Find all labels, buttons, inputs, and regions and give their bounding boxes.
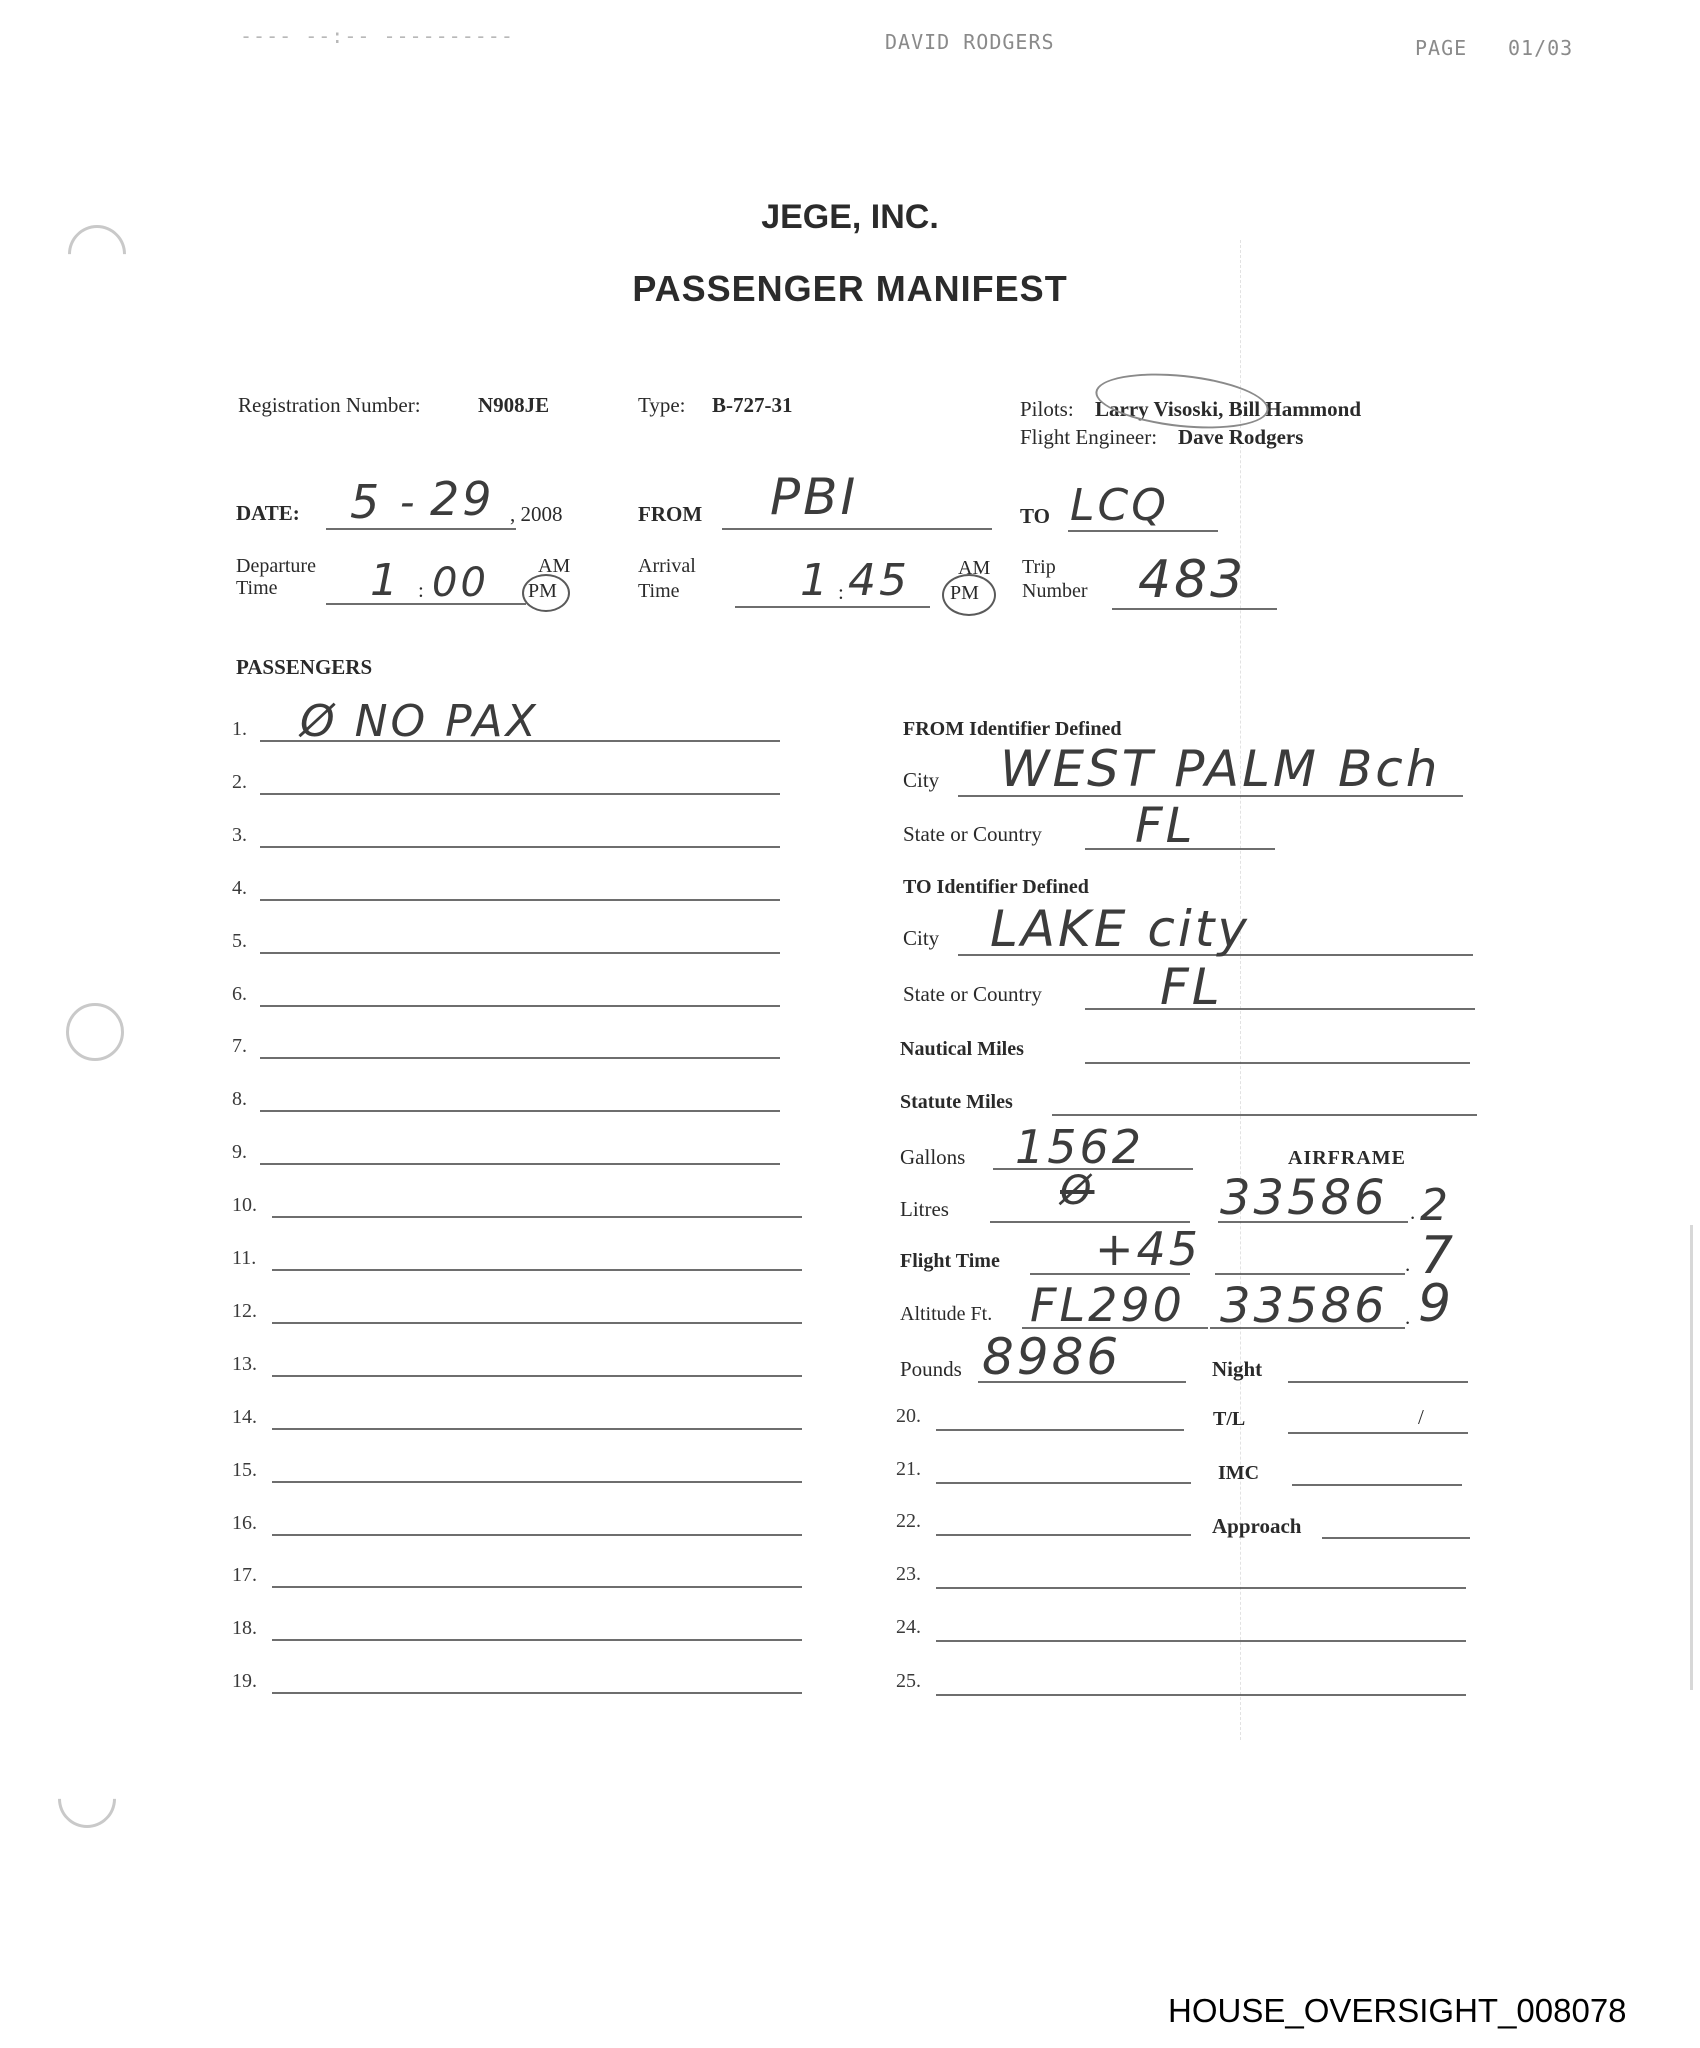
date-label: DATE: [236,501,300,526]
extra-row-field[interactable] [936,1482,1191,1484]
passenger-row-number: 13. [232,1353,257,1376]
pounds-label: Pounds [900,1357,962,1382]
nautical-miles-label: Nautical Miles [900,1038,1024,1061]
from-underline [722,528,992,530]
airframe-add-decimal: . [1405,1252,1410,1277]
to-city-value[interactable]: LAKE city [990,900,1250,958]
tl-underline [1288,1432,1468,1434]
hole-punch-bottom [46,1758,128,1840]
airframe-end-tenths[interactable]: 9 [1418,1274,1454,1334]
fax-header-timestamp: ---- --:-- ---------- [240,24,514,48]
passenger-row-number: 8. [232,1088,247,1111]
passenger-row-number: 14. [232,1406,257,1429]
extra-row-number: 25. [896,1670,921,1693]
date-year: , 2008 [510,502,563,527]
bates-number: HOUSE_OVERSIGHT_008078 [1168,1992,1627,2030]
passenger-row-number: 2. [232,771,247,794]
litres-value[interactable]: Ø [1060,1168,1094,1214]
tl-label: T/L [1213,1408,1245,1431]
fax-header-page-label: PAGE [1415,36,1467,60]
registration-value: N908JE [478,393,549,418]
passenger-name-field[interactable] [260,1110,780,1112]
passenger-name-field[interactable] [272,1216,802,1218]
passenger-name-field[interactable] [272,1428,802,1430]
passenger-row-number: 1. [232,718,247,741]
nautical-miles-underline[interactable] [1085,1062,1470,1064]
approach-label: Approach [1212,1514,1301,1539]
type-value: B-727-31 [712,393,793,418]
from-state-value[interactable]: FL [1135,798,1195,854]
passenger-name-value[interactable]: Ø NO PAX [300,696,539,747]
arrival-pm-circle [942,574,996,616]
document-title: PASSENGER MANIFEST [0,268,1700,310]
departure-label-line1: Departure [236,555,316,577]
flight-time-value[interactable]: +45 [1095,1222,1201,1276]
arrival-minutes[interactable]: 45 [848,555,910,606]
from-state-label: State or Country [903,822,1042,847]
extra-row-number: 21. [896,1458,921,1481]
passenger-row-number: 3. [232,824,247,847]
passenger-name-field[interactable] [272,1692,802,1694]
flight-time-label: Flight Time [900,1250,1000,1273]
from-identifier-heading: FROM Identifier Defined [903,718,1122,741]
statute-miles-underline[interactable] [1052,1114,1477,1116]
passenger-row-number: 5. [232,930,247,953]
arrival-underline [735,606,930,608]
passenger-row-number: 7. [232,1035,247,1058]
page-edge-line [1690,1225,1693,1690]
date-separator: - [400,480,417,526]
type-label: Type: [638,393,686,418]
passenger-row-number: 12. [232,1300,257,1323]
night-underline[interactable] [1288,1381,1468,1383]
passenger-name-field[interactable] [272,1481,802,1483]
passenger-row-number: 6. [232,983,247,1006]
passenger-name-field[interactable] [260,1005,780,1007]
passenger-name-field[interactable] [272,1639,802,1641]
departure-colon: : [418,578,424,603]
passenger-row-number: 10. [232,1194,257,1217]
imc-underline[interactable] [1292,1484,1462,1486]
passengers-heading: PASSENGERS [236,655,372,680]
extra-row-field[interactable] [936,1640,1466,1642]
litres-label: Litres [900,1197,949,1222]
engineer-label: Flight Engineer: [1020,425,1157,450]
to-state-underline [1085,1008,1475,1010]
from-city-label: City [903,768,939,793]
altitude-value[interactable]: FL290 [1030,1278,1185,1332]
passenger-row-number: 11. [232,1247,256,1270]
passenger-row-number: 15. [232,1459,257,1482]
departure-underline [326,603,526,605]
arrival-label-line2: Time [638,580,680,602]
passenger-name-field[interactable] [260,899,780,901]
to-city-label: City [903,926,939,951]
to-state-label: State or Country [903,982,1042,1007]
to-value[interactable]: LCQ [1070,480,1169,531]
tl-value[interactable]: / [1418,1405,1424,1430]
to-identifier-heading: TO Identifier Defined [903,876,1089,899]
departure-hour[interactable]: 1 [370,555,401,606]
airframe-start-hours[interactable]: 33586 [1220,1170,1388,1226]
passenger-row-number: 19. [232,1670,257,1693]
altitude-label: Altitude Ft. [900,1303,992,1326]
from-city-value[interactable]: WEST PALM Bch [1000,740,1440,798]
extra-row-number: 23. [896,1563,921,1586]
extra-row-number: 22. [896,1510,921,1533]
extra-row-field[interactable] [936,1429,1184,1431]
gallons-label: Gallons [900,1145,965,1170]
from-value[interactable]: PBI [770,468,858,526]
fax-header-page-value: 01/03 [1508,36,1573,60]
passenger-row-number: 17. [232,1564,257,1587]
hole-punch-middle [66,1003,124,1061]
passenger-row-number: 9. [232,1141,247,1164]
passenger-row-number: 16. [232,1512,257,1535]
passenger-name-field[interactable] [272,1322,802,1324]
passenger-row-number: 4. [232,877,247,900]
statute-miles-label: Statute Miles [900,1091,1013,1114]
passenger-row-number: 18. [232,1617,257,1640]
extra-row-number: 24. [896,1616,921,1639]
registration-label: Registration Number: [238,393,421,418]
gallons-value[interactable]: 1562 [1015,1120,1144,1174]
extra-row-field[interactable] [936,1694,1466,1696]
from-label: FROM [638,502,702,527]
extra-row-field[interactable] [936,1587,1466,1589]
trip-number-value[interactable]: 483 [1138,550,1246,610]
passenger-name-field[interactable] [272,1534,802,1536]
passenger-name-field[interactable] [260,793,780,795]
passenger-name-field[interactable] [272,1269,802,1271]
pounds-value[interactable]: 8986 [982,1328,1121,1386]
passenger-name-field[interactable] [272,1586,802,1588]
extra-row-number: 20. [896,1405,921,1428]
departure-label-line2: Time [236,577,278,599]
passenger-name-field[interactable] [272,1375,802,1377]
company-name: JEGE, INC. [0,198,1700,237]
airframe-end-decimal: . [1405,1305,1410,1330]
passenger-name-field[interactable] [260,1163,780,1165]
imc-label: IMC [1218,1462,1259,1485]
night-label: Night [1212,1357,1262,1382]
airframe-heading: AIRFRAME [1288,1147,1406,1170]
fax-header-sender: DAVID RODGERS [885,30,1055,54]
passenger-name-field[interactable] [260,1057,780,1059]
trip-label-line2: Number [1022,580,1088,602]
to-label: TO [1020,504,1050,529]
airframe-start-decimal: . [1410,1200,1415,1225]
airframe-start-tenths[interactable]: 2 [1420,1180,1451,1231]
extra-row-field[interactable] [936,1534,1191,1536]
arrival-hour[interactable]: 1 [800,555,831,606]
pilots-label: Pilots: [1020,397,1074,422]
trip-label-line1: Trip [1022,556,1056,578]
arrival-label-line1: Arrival [638,555,696,577]
engineer-value: Dave Rodgers [1178,425,1303,450]
passenger-name-field[interactable] [260,846,780,848]
to-state-value[interactable]: FL [1160,958,1223,1016]
approach-underline[interactable] [1322,1537,1470,1539]
departure-pm-circle [522,574,570,612]
passenger-name-field[interactable] [260,952,780,954]
airframe-end-hours[interactable]: 33586 [1220,1278,1388,1334]
date-month-value[interactable]: 5 [350,475,382,529]
airframe-add-underline [1215,1273,1405,1275]
departure-minutes[interactable]: 00 [432,560,489,606]
arrival-colon: : [838,580,844,605]
date-day-value[interactable]: 29 [430,472,495,526]
